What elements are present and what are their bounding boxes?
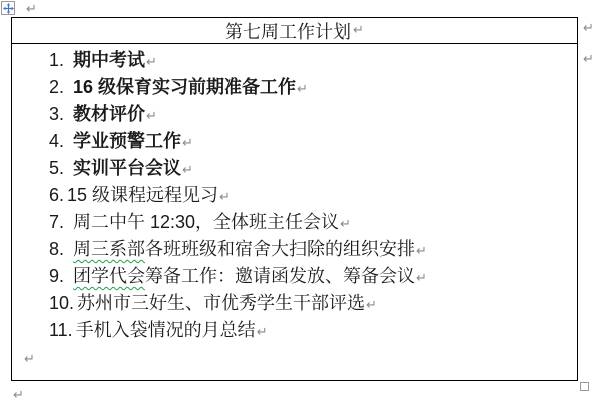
item-rest-text: 筹备工作：邀请函发放、筹备会议 <box>145 266 415 286</box>
item-number: 11. <box>49 317 73 344</box>
table-title-cell[interactable]: 第七周工作计划 ↵ <box>12 18 577 44</box>
item-number: 8. <box>49 236 73 263</box>
item-rest-text: 周二中午 12:30，全体班主任会议 <box>73 212 339 232</box>
plan-item: 6.15 级课程远程见习↵ <box>18 182 571 209</box>
work-plan-table: 第七周工作计划 ↵ 1.期中考试↵ 2.16 级保育实习前期准备工作↵ 3.教材… <box>11 17 578 381</box>
item-text: 周三系部各班班级和宿舍大扫除的组织安排 <box>73 239 415 259</box>
paragraph-mark-icon: ↵ <box>340 217 351 232</box>
paragraph-mark-icon: ↵ <box>26 3 37 16</box>
item-text: 团学代会筹备工作：邀请函发放、筹备会议 <box>73 266 415 286</box>
item-rest-text: 各班班级和宿舍大扫除的组织安排 <box>145 239 415 259</box>
item-text: 周二中午 12:30，全体班主任会议 <box>73 212 339 232</box>
item-rest-text: 15 级课程远程见习 <box>67 185 218 205</box>
grammar-underlined-text: 周三系部 <box>73 239 145 259</box>
plan-item: 1.期中考试↵ <box>18 47 571 74</box>
table-body-cell[interactable]: 1.期中考试↵ 2.16 级保育实习前期准备工作↵ 3.教材评价↵ 4.学业预警… <box>12 44 577 371</box>
paragraph-mark-icon: ↵ <box>297 82 308 97</box>
paragraph-mark-icon: ↵ <box>366 298 377 313</box>
item-text: 学业预警工作 <box>73 131 181 151</box>
item-number: 4. <box>49 128 73 155</box>
paragraph-mark-icon: ↵ <box>257 325 268 340</box>
plan-item: 8.周三系部各班班级和宿舍大扫除的组织安排↵ <box>18 236 571 263</box>
table-move-handle[interactable] <box>1 1 15 15</box>
item-rest-text: 教材评价 <box>73 104 145 124</box>
plan-item: 4.学业预警工作↵ <box>18 128 571 155</box>
paragraph-mark-icon: ↵ <box>353 24 364 37</box>
plan-item: 11.手机入袋情况的月总结↵ <box>18 317 571 344</box>
four-way-arrow-icon <box>3 3 14 14</box>
row-end-mark-icon: ↵ <box>583 53 594 66</box>
paragraph-mark-icon: ↵ <box>146 109 157 124</box>
item-text: 期中考试 <box>73 50 145 70</box>
plan-item: 2.16 级保育实习前期准备工作↵ <box>18 74 571 101</box>
plan-item: 9.团学代会筹备工作：邀请函发放、筹备会议↵ <box>18 263 571 290</box>
paragraph-mark-icon: ↵ <box>13 389 24 402</box>
paragraph-mark-icon: ↵ <box>24 352 35 367</box>
item-rest-text: 手机入袋情况的月总结 <box>76 320 256 340</box>
paragraph-mark-icon: ↵ <box>219 190 230 205</box>
item-text: 实训平台会议 <box>73 158 181 178</box>
item-number: 10. <box>49 290 74 317</box>
item-text: 苏州市三好生、市优秀学生干部评选 <box>77 293 365 313</box>
word-document-page: { "window": { "width": 601, "height": 40… <box>0 0 601 404</box>
grammar-underlined-text: 团学代会 <box>73 266 145 286</box>
paragraph-mark-icon: ↵ <box>416 271 427 286</box>
plan-items-list: 1.期中考试↵ 2.16 级保育实习前期准备工作↵ 3.教材评价↵ 4.学业预警… <box>18 47 571 344</box>
item-text: 15 级课程远程见习 <box>67 185 218 205</box>
item-text: 16 级保育实习前期准备工作 <box>73 77 296 97</box>
item-rest-text: 实训平台会议 <box>73 158 181 178</box>
item-rest-text: 期中考试 <box>73 50 145 70</box>
paragraph-mark-icon: ↵ <box>416 244 427 259</box>
item-number: 9. <box>49 263 73 290</box>
item-number: 3. <box>49 101 73 128</box>
item-number: 1. <box>49 47 73 74</box>
paragraph-mark-icon: ↵ <box>182 136 193 151</box>
empty-paragraph-line: ↵ <box>18 344 571 371</box>
item-text: 手机入袋情况的月总结 <box>76 320 256 340</box>
item-text: 教材评价 <box>73 104 145 124</box>
paragraph-mark-icon: ↵ <box>182 163 193 178</box>
plan-item: 5.实训平台会议↵ <box>18 155 571 182</box>
item-rest-text: 苏州市三好生、市优秀学生干部评选 <box>77 293 365 313</box>
plan-item: 3.教材评价↵ <box>18 101 571 128</box>
item-rest-text: 16 级保育实习前期准备工作 <box>73 77 296 97</box>
item-rest-text: 学业预警工作 <box>73 131 181 151</box>
table-title: 第七周工作计划 <box>225 18 351 44</box>
item-number: 6. <box>49 182 64 209</box>
plan-item: 7.周二中午 12:30，全体班主任会议↵ <box>18 209 571 236</box>
table-resize-handle[interactable] <box>580 382 589 391</box>
row-end-mark-icon: ↵ <box>583 22 594 35</box>
plan-item: 10.苏州市三好生、市优秀学生干部评选↵ <box>18 290 571 317</box>
item-number: 5. <box>49 155 73 182</box>
item-number: 2. <box>49 74 73 101</box>
paragraph-mark-icon: ↵ <box>146 55 157 70</box>
item-number: 7. <box>49 209 73 236</box>
